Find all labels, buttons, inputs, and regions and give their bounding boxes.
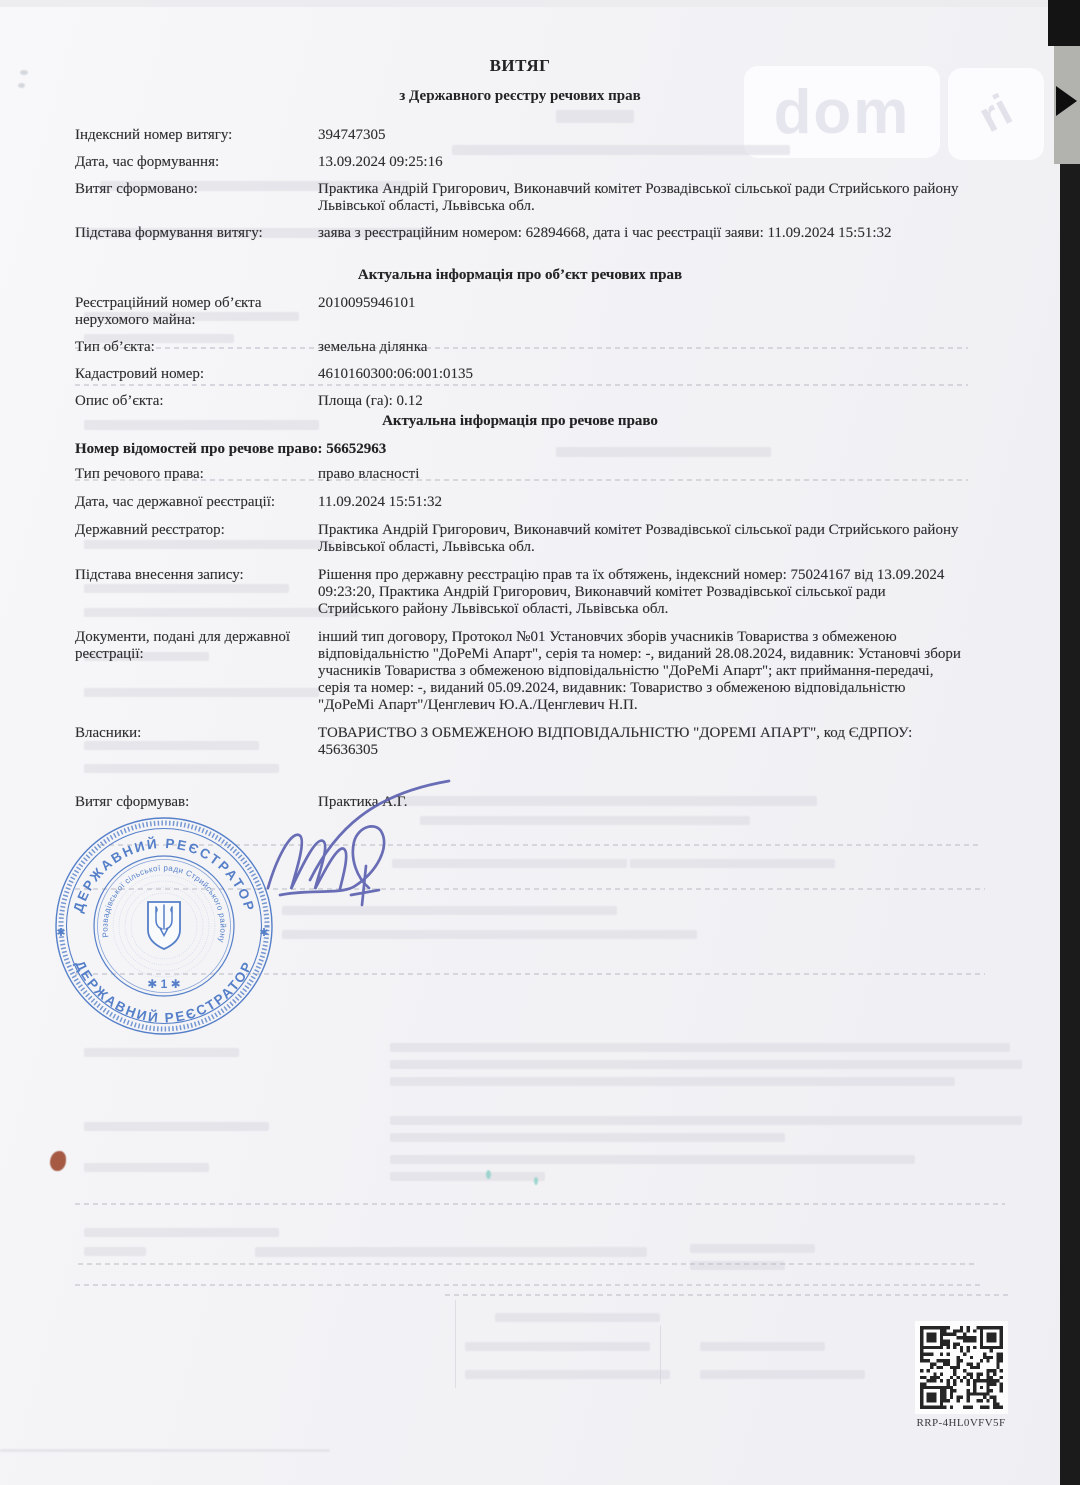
field-row: Тип речового права: право власності [75, 466, 963, 483]
bleedthrough-text-artifact [390, 1116, 1022, 1125]
bleedthrough-rule-artifact [75, 1203, 1005, 1205]
bleedthrough-text-artifact [84, 1122, 269, 1131]
scan-edge-artifact [1060, 164, 1080, 1485]
field-label: Витяг сформовано: [75, 181, 318, 215]
field-label: Дата, час формування: [75, 154, 318, 171]
bleedthrough-rule-artifact [75, 1284, 980, 1286]
field-row: Дата, час формування: 13.09.2024 09:25:1… [75, 154, 963, 171]
scanned-document-page: dom ri ВИТЯГ з Державного реєстру речови… [0, 0, 1080, 1485]
bleedthrough-text-artifact [255, 1247, 647, 1257]
bleedthrough-text-artifact [390, 1043, 1010, 1052]
qr-code [915, 1321, 1008, 1414]
field-row: Реєстраційний номер об’єкта нерухомого м… [75, 295, 963, 329]
signature [250, 776, 465, 914]
stamp-number: ✱ 1 ✱ [147, 977, 180, 991]
trident-shield-icon [148, 902, 180, 949]
right-fields: Тип речового права: право власності Дата… [75, 466, 963, 770]
field-row: Документи, подані для державної реєстрац… [75, 629, 963, 714]
bleedthrough-text-artifact [390, 1077, 955, 1086]
field-label: Власники: [75, 725, 318, 759]
qr-code-label: RRP-4HL0VFV5F [901, 1417, 1021, 1429]
field-label: Державний реєстратор: [75, 522, 318, 556]
bleedthrough-rule-artifact [455, 1300, 456, 1388]
field-row: Підстава формування витягу: заява з реєс… [75, 225, 963, 242]
ria-watermark-text: ri [971, 85, 1020, 143]
document-subtitle: з Державного реєстру речових прав [75, 88, 965, 105]
bleedthrough-text-artifact [690, 1244, 815, 1253]
field-label: Документи, подані для державної реєстрац… [75, 629, 318, 714]
field-row: Опис об’єкта: Площа (га): 0.12 [75, 393, 963, 410]
field-value: Практика Андрій Григорович, Виконавчий к… [318, 522, 963, 556]
field-value: 2010095946101 [318, 295, 963, 329]
field-label: Тип об’єкта: [75, 339, 318, 356]
bleedthrough-text-artifact [282, 930, 697, 939]
bleedthrough-text-artifact [700, 1342, 825, 1351]
ink-speck [486, 1170, 491, 1179]
intro-fields: Індексний номер витягу: 394747305 Дата, … [75, 127, 963, 252]
field-row: Тип об’єкта: земельна ділянка [75, 339, 963, 356]
record-number-line: Номер відомостей про речове право: 56652… [75, 441, 965, 458]
field-row: Витяг сформовано: Практика Андрій Григор… [75, 181, 963, 215]
field-label: Підстава внесення запису: [75, 567, 318, 618]
svg-text:ДЕРЖАВНИЙ РЕЄСТРАТОР: ДЕРЖАВНИЙ РЕЄСТРАТОР [72, 958, 256, 1025]
bleedthrough-rule-artifact [78, 1263, 978, 1265]
bleedthrough-rule-artifact [445, 1294, 1008, 1296]
bleedthrough-rule-artifact [660, 1326, 661, 1384]
field-value: Рішення про державну реєстрацію прав та … [318, 567, 963, 618]
signoff-row: Витяг сформував: Практика А.Г. [75, 794, 963, 811]
field-value: право власності [318, 466, 963, 483]
field-row: Кадастровий номер: 4610160300:06:001:013… [75, 366, 963, 383]
bleedthrough-text-artifact [630, 859, 835, 868]
field-value: 394747305 [318, 127, 963, 144]
field-value: інший тип договору, Протокол №01 Установ… [318, 629, 963, 714]
bleedthrough-text-artifact [84, 1048, 239, 1057]
scan-edge-shade [0, 0, 1080, 7]
object-fields: Реєстраційний номер об’єкта нерухомого м… [75, 295, 963, 420]
bleedthrough-text-artifact [420, 816, 750, 825]
bleedthrough-text-artifact [390, 1133, 785, 1142]
field-label: Індексний номер витягу: [75, 127, 318, 144]
field-value: Площа (га): 0.12 [318, 393, 963, 410]
bleedthrough-text-artifact [390, 1172, 545, 1181]
bleedthrough-text-artifact [390, 1060, 1022, 1069]
bleedthrough-text-artifact [0, 1449, 330, 1452]
field-row: Індексний номер витягу: 394747305 [75, 127, 963, 144]
bleedthrough-text-artifact [465, 1370, 670, 1379]
field-row: Підстава внесення запису: Рішення про де… [75, 567, 963, 618]
registrar-stamp: ДЕРЖАВНИЙ РЕЄСТРАТОР ДЕРЖАВНИЙ РЕЄСТРАТО… [50, 812, 278, 1040]
field-value: земельна ділянка [318, 339, 963, 356]
field-label: Реєстраційний номер об’єкта нерухомого м… [75, 295, 318, 329]
document-title: ВИТЯГ [75, 56, 965, 76]
field-row: Державний реєстратор: Практика Андрій Гр… [75, 522, 963, 556]
field-label: Опис об’єкта: [75, 393, 318, 410]
bleedthrough-text-artifact [390, 1155, 915, 1164]
field-label: Кадастровий номер: [75, 366, 318, 383]
bleedthrough-text-artifact [465, 1342, 650, 1351]
stamp-star-left-icon: ✱ [56, 927, 65, 939]
bleedthrough-text-artifact [84, 1247, 146, 1256]
field-value: 11.09.2024 15:51:32 [318, 494, 963, 511]
object-section-heading: Актуальна інформація про об’єкт речових … [75, 267, 965, 284]
field-row: Власники: ТОВАРИСТВО З ОБМЕЖЕНОЮ ВІДПОВІ… [75, 725, 963, 759]
field-value: 4610160300:06:001:0135 [318, 366, 963, 383]
ink-speck [534, 1177, 538, 1185]
field-label: Дата, час державної реєстрації: [75, 494, 318, 511]
bleedthrough-text-artifact [700, 1370, 865, 1379]
ink-speck [50, 1151, 66, 1171]
field-value: Практика Андрій Григорович, Виконавчий к… [318, 181, 963, 215]
field-value: ТОВАРИСТВО З ОБМЕЖЕНОЮ ВІДПОВІДАЛЬНІСТЮ … [318, 725, 963, 759]
scan-edge-triangle [1056, 86, 1077, 116]
field-value: 13.09.2024 09:25:16 [318, 154, 963, 171]
right-section-heading: Актуальна інформація про речове право [75, 413, 965, 430]
bleedthrough-text-artifact [84, 1228, 279, 1237]
field-value: заява з реєстраційним номером: 62894668,… [318, 225, 963, 242]
bleedthrough-text-artifact [495, 1313, 660, 1322]
bleedthrough-text-artifact [556, 110, 634, 123]
ink-speck [20, 70, 28, 75]
stamp-star-right-icon: ✱ [259, 927, 268, 939]
field-label: Тип речового права: [75, 466, 318, 483]
field-label: Підстава формування витягу: [75, 225, 318, 242]
ink-speck [18, 83, 25, 88]
stamp-ring-text-bottom: ДЕРЖАВНИЙ РЕЄСТРАТОР [72, 958, 256, 1025]
bleedthrough-text-artifact [84, 1163, 209, 1172]
field-row: Дата, час державної реєстрації: 11.09.20… [75, 494, 963, 511]
scan-edge-artifact [1048, 0, 1080, 46]
